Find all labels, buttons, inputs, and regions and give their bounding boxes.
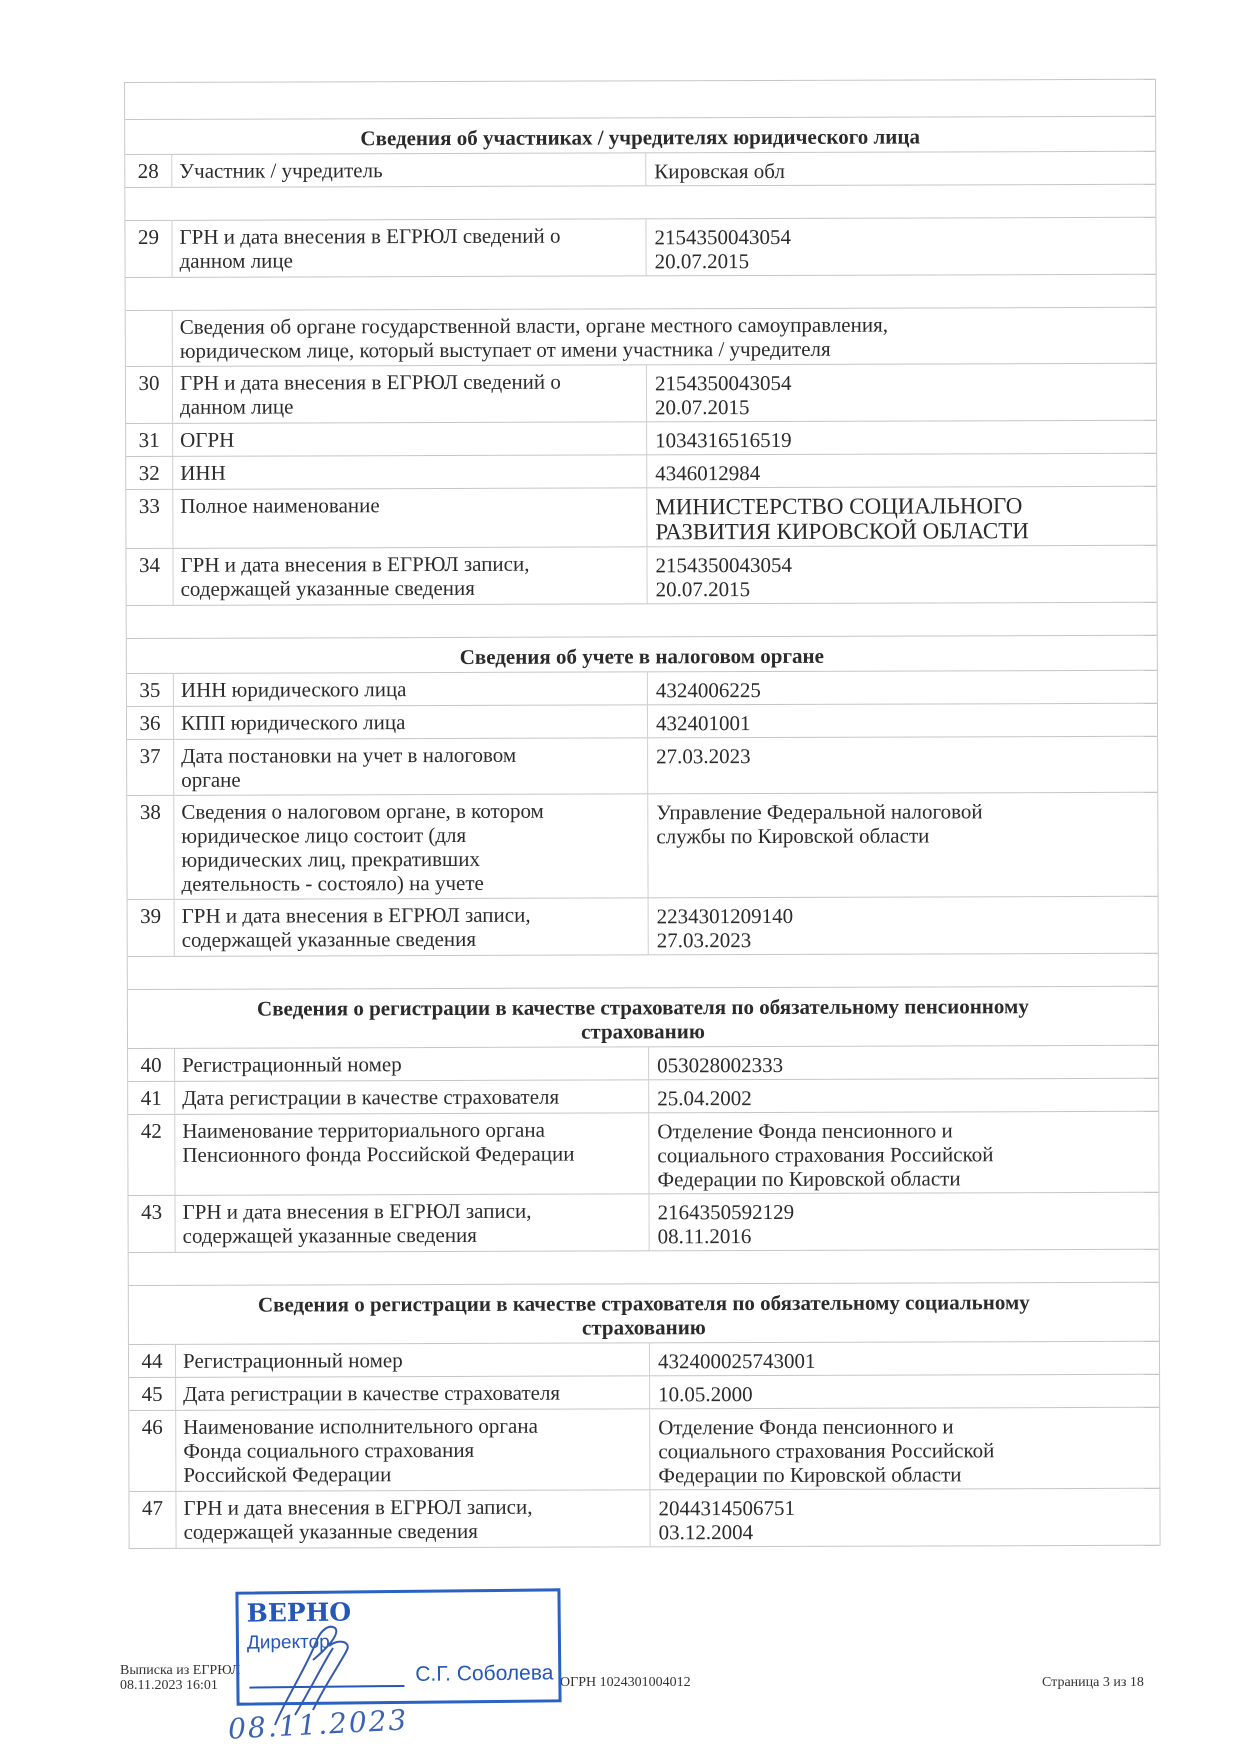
section-title-tax: Сведения об учете в налоговом органе [127, 635, 1157, 673]
row-number: 41 [128, 1082, 175, 1114]
row-number: 42 [128, 1115, 175, 1195]
stamp-signatory-name: С.Г. Соболева [415, 1661, 553, 1686]
row-number: 29 [125, 221, 172, 277]
row-label: ОГРН [173, 422, 647, 455]
row-label: ГРН и дата внесения в ЕГРЮЛ сведений о д… [173, 365, 647, 422]
table-spacer [125, 79, 1155, 119]
table-row: 32 ИНН 4346012984 [126, 453, 1156, 489]
table-spacer [127, 602, 1157, 638]
egrul-extract-page: Сведения об участниках / учредителях юри… [0, 0, 1242, 1755]
row-value: 432400025743001 [650, 1342, 1159, 1376]
section-title-participants: Сведения об участниках / учредителях юри… [125, 116, 1155, 154]
row-label: Наименование территориального органа Пен… [175, 1113, 649, 1194]
row-label: Полное наименование [173, 488, 647, 547]
table-spacer [126, 274, 1156, 310]
table-row: 39 ГРН и дата внесения в ЕГРЮЛ записи, с… [128, 896, 1158, 956]
row-label: Дата регистрации в качестве страхователя [176, 1376, 650, 1409]
table-row: 37 Дата постановки на учет в налоговом о… [127, 736, 1157, 795]
subsection-title-authority: Сведения об органе государственной власт… [173, 308, 1156, 366]
footer-document-info: Выписка из ЕГРЮЛ 08.11.2023 16:01 [120, 1663, 240, 1693]
row-label: Регистрационный номер [175, 1047, 649, 1080]
table-spacer [129, 1249, 1159, 1285]
row-number: 38 [127, 796, 174, 899]
row-number: 39 [128, 900, 175, 956]
table-spacer [128, 953, 1158, 989]
table-row: 38 Сведения о налоговом органе, в которо… [127, 792, 1157, 899]
row-value: 25.04.2002 [649, 1079, 1158, 1113]
row-label: ИНН юридического лица [174, 672, 648, 705]
table-row: 41 Дата регистрации в качестве страховат… [128, 1078, 1158, 1114]
row-number: 35 [127, 674, 174, 706]
table-row: 36 КПП юридического лица 432401001 [127, 703, 1157, 739]
section-title-pension: Сведения о регистрации в качестве страхо… [128, 986, 1158, 1048]
table-row: 40 Регистрационный номер 053028002333 [128, 1045, 1158, 1081]
row-value: 27.03.2023 [648, 737, 1157, 794]
egrul-table: Сведения об участниках / учредителях юри… [124, 79, 1161, 1549]
table-row: 29 ГРН и дата внесения в ЕГРЮЛ сведений … [125, 217, 1155, 277]
table-spacer [125, 184, 1155, 220]
table-row: 45 Дата регистрации в качестве страховат… [129, 1374, 1159, 1410]
row-label: ИНН [173, 455, 647, 488]
table-row: 42 Наименование территориального органа … [128, 1111, 1158, 1195]
page-number: Страница 3 из 18 [1042, 1675, 1144, 1691]
row-value: 2154350043054 20.07.2015 [647, 364, 1156, 422]
row-number: 43 [128, 1196, 175, 1252]
row-value: 1034316516519 [647, 421, 1156, 455]
row-number: 33 [126, 490, 173, 548]
row-value: 4346012984 [647, 454, 1156, 488]
row-value: 2154350043054 20.07.2015 [647, 546, 1156, 604]
row-value: Управление Федеральной налоговой службы … [648, 793, 1157, 898]
row-number: 28 [125, 155, 172, 187]
footer-ogrn: ОГРН 1024301004012 [560, 1675, 691, 1691]
section-title-social: Сведения о регистрации в качестве страхо… [129, 1282, 1159, 1344]
row-number: 32 [126, 457, 173, 489]
table-row: 44 Регистрационный номер 432400025743001 [129, 1341, 1159, 1377]
row-label: ГРН и дата внесения в ЕГРЮЛ записи, соде… [175, 1194, 649, 1251]
row-number: 44 [129, 1345, 176, 1377]
row-label: Наименование исполнительного органа Фонд… [176, 1409, 650, 1490]
table-row: 46 Наименование исполнительного органа Ф… [129, 1407, 1159, 1491]
row-label: Участник / учредитель [172, 153, 646, 186]
row-number: 36 [127, 707, 174, 739]
row-number: 31 [126, 424, 173, 456]
table-row: 34 ГРН и дата внесения в ЕГРЮЛ записи, с… [126, 545, 1156, 605]
row-label: Дата постановки на учет в налоговом орга… [174, 738, 648, 794]
row-value: 053028002333 [649, 1046, 1158, 1080]
row-value: Отделение Фонда пенсионного и социальног… [650, 1408, 1159, 1490]
row-value: 432401001 [648, 704, 1157, 738]
row-label: КПП юридического лица [174, 705, 648, 738]
table-row: 30 ГРН и дата внесения в ЕГРЮЛ сведений … [126, 363, 1156, 423]
row-value: 2234301209140 27.03.2023 [649, 897, 1158, 955]
subsection-header-row: Сведения об органе государственной власт… [126, 307, 1156, 366]
table-row: 33 Полное наименование МИНИСТЕРСТВО СОЦИ… [126, 486, 1156, 548]
row-label: ГРН и дата внесения в ЕГРЮЛ записи, соде… [173, 547, 647, 604]
row-number: 30 [126, 367, 173, 423]
row-value: Кировская обл [646, 152, 1155, 186]
row-value: 2154350043054 20.07.2015 [646, 218, 1155, 276]
table-row: 47 ГРН и дата внесения в ЕГРЮЛ записи, с… [129, 1488, 1159, 1549]
row-value: 2164350592129 08.11.2016 [649, 1193, 1158, 1251]
footer-doc-name: Выписка из ЕГРЮЛ [120, 1663, 240, 1678]
row-label: Сведения о налоговом органе, в котором ю… [174, 794, 648, 898]
row-label: ГРН и дата внесения в ЕГРЮЛ сведений о д… [172, 219, 646, 276]
row-label: ГРН и дата внесения в ЕГРЮЛ записи, соде… [176, 1490, 650, 1547]
row-number: 34 [126, 549, 173, 605]
row-value: 10.05.2000 [650, 1375, 1159, 1409]
row-number: 37 [127, 740, 174, 795]
table-row: 28 Участник / учредитель Кировская обл [125, 151, 1155, 187]
row-label: ГРН и дата внесения в ЕГРЮЛ записи, соде… [175, 898, 649, 955]
footer-timestamp: 08.11.2023 16:01 [120, 1678, 240, 1693]
row-label: Регистрационный номер [176, 1343, 650, 1376]
row-number: 45 [129, 1378, 176, 1410]
row-value: 4324006225 [648, 671, 1157, 705]
row-number: 47 [129, 1492, 176, 1548]
row-value: Отделение Фонда пенсионного и социальног… [649, 1112, 1158, 1194]
table-row: 35 ИНН юридического лица 4324006225 [127, 670, 1157, 706]
row-number: 46 [129, 1411, 176, 1491]
table-row: 31 ОГРН 1034316516519 [126, 420, 1156, 456]
row-label: Дата регистрации в качестве страхователя [175, 1080, 649, 1113]
row-value: 2044314506751 03.12.2004 [650, 1489, 1159, 1547]
table-row: 43 ГРН и дата внесения в ЕГРЮЛ записи, с… [128, 1192, 1158, 1252]
row-value: МИНИСТЕРСТВО СОЦИАЛЬНОГО РАЗВИТИЯ КИРОВС… [647, 487, 1156, 547]
row-number: 40 [128, 1049, 175, 1081]
